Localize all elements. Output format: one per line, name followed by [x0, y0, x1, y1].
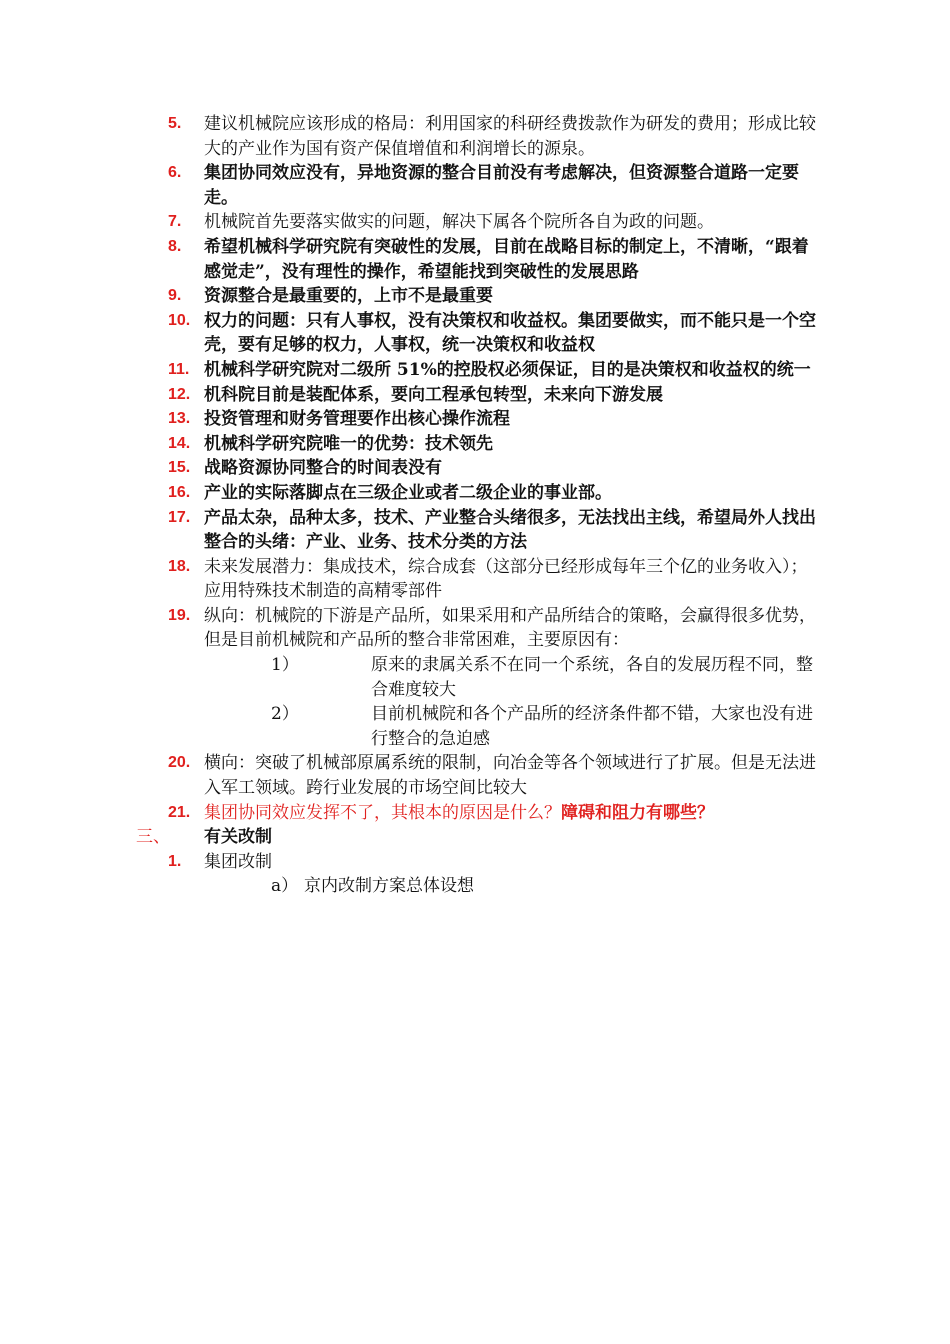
item-text: 资源整合是最重要的，上市不是最重要 — [204, 286, 493, 306]
item-number: 7. — [168, 210, 181, 235]
section-title: 有关改制 — [204, 827, 272, 847]
section3-subitem-a: a） 京内改制方案总体设想 — [0, 874, 950, 899]
list-item-11: 11. 机械科学研究院对二级所 51%的控股权必须保证，目的是决策权和收益权的统… — [0, 358, 816, 383]
reason-number: 1） — [271, 653, 299, 678]
item-number: 13. — [168, 407, 190, 432]
reason-text: 目前机械院和各个产品所的经济条件都不错，大家也没有进行整合的急迫感 — [371, 704, 813, 749]
reason-item-1: 1） 原来的隶属关系不在同一个系统，各自的发展历程不同，整合难度较大 — [0, 653, 816, 702]
item-text: 建议机械院应该形成的格局：利用国家的科研经费拨款作为研发的费用；形成比较大的产业… — [204, 114, 816, 159]
item-number: 19. — [168, 604, 190, 629]
item-text: 横向：突破了机械部原属系统的限制，向冶金等各个领域进行了扩展。但是无法进入军工领… — [204, 753, 816, 798]
item-text: 纵向：机械院的下游是产品所，如果采用和产品所结合的策略，会赢得很多优势，但是目前… — [204, 606, 816, 651]
list-item-17: 17. 产品太杂，品种太多，技术、产业整合头绪很多，无法找出主线，希望局外人找出… — [0, 506, 816, 555]
item-number: 6. — [168, 161, 181, 186]
item-number: 9. — [168, 284, 181, 309]
list-item-15: 15. 战略资源协同整合的时间表没有 — [0, 456, 816, 481]
item-text: 集团改制 — [204, 852, 272, 872]
item-number: 17. — [168, 506, 190, 531]
item-number: 8. — [168, 235, 181, 260]
item-number: 21. — [168, 801, 190, 826]
reason-number: 2） — [271, 702, 299, 727]
document-page: 5. 建议机械院应该形成的格局：利用国家的科研经费拨款作为研发的费用；形成比较大… — [0, 112, 950, 899]
item-text: 希望机械科学研究院有突破性的发展，目前在战略目标的制定上，不清晰，“跟着感觉走”… — [204, 237, 809, 282]
list-item-21: 21. 集团协同效应发挥不了，其根本的原因是什么？障碍和阻力有哪些？ — [0, 801, 816, 826]
item-number: 10. — [168, 309, 190, 334]
list-item-6: 6. 集团协同效应没有，异地资源的整合目前没有考虑解决，但资源整合道路一定要走。 — [0, 161, 816, 210]
list-item-5: 5. 建议机械院应该形成的格局：利用国家的科研经费拨款作为研发的费用；形成比较大… — [0, 112, 816, 161]
item-number: 20. — [168, 751, 190, 776]
item-number: 11. — [168, 358, 189, 383]
item-text: 产品太杂，品种太多，技术、产业整合头绪很多，无法找出主线，希望局外人找出整合的头… — [204, 508, 816, 553]
list-item-16: 16. 产业的实际落脚点在三级企业或者二级企业的事业部。 — [0, 481, 816, 506]
list-item-7: 7. 机械院首先要落实做实的问题，解决下属各个院所各自为政的问题。 — [0, 210, 816, 235]
section3-item-1: 1. 集团改制 — [0, 850, 816, 875]
item-number: 12. — [168, 383, 190, 408]
item-text: 未来发展潜力：集成技术，综合成套（这部分已经形成每年三个亿的业务收入）；应用特殊… — [204, 557, 808, 602]
item-number: 16. — [168, 481, 190, 506]
item-number: 1. — [168, 850, 181, 875]
item-number: 5. — [168, 112, 181, 137]
item-text: 权力的问题：只有人事权，没有决策权和收益权。集团要做实，而不能只是一个空壳，要有… — [204, 311, 816, 356]
item-text-emphasis: 障碍和阻力有哪些？ — [561, 803, 714, 823]
subitem-letter: a） — [271, 874, 298, 899]
list-item-12: 12. 机科院目前是装配体系，要向工程承包转型，未来向下游发展 — [0, 383, 816, 408]
subitem-text: 京内改制方案总体设想 — [304, 876, 474, 896]
item-text: 机械科学研究院对二级所 51%的控股权必须保证，目的是决策权和收益权的统一 — [204, 360, 811, 380]
reason-item-2: 2） 目前机械院和各个产品所的经济条件都不错，大家也没有进行整合的急迫感 — [0, 702, 816, 751]
item-text: 集团协同效应没有，异地资源的整合目前没有考虑解决，但资源整合道路一定要走。 — [204, 163, 799, 208]
item-text: 机科院目前是装配体系，要向工程承包转型，未来向下游发展 — [204, 385, 663, 405]
item-text: 投资管理和财务管理要作出核心操作流程 — [204, 409, 510, 429]
item-text: 机械院首先要落实做实的问题，解决下属各个院所各自为政的问题。 — [204, 212, 714, 232]
list-item-9: 9. 资源整合是最重要的，上市不是最重要 — [0, 284, 816, 309]
list-item-20: 20. 横向：突破了机械部原属系统的限制，向冶金等各个领域进行了扩展。但是无法进… — [0, 751, 816, 800]
section-heading-3: 三、 有关改制 — [0, 825, 950, 850]
list-item-18: 18. 未来发展潜力：集成技术，综合成套（这部分已经形成每年三个亿的业务收入）；… — [0, 555, 816, 604]
item-text: 战略资源协同整合的时间表没有 — [204, 458, 442, 478]
item-text: 机械科学研究院唯一的优势：技术领先 — [204, 434, 493, 454]
section-number: 三、 — [136, 825, 170, 850]
item-text: 产业的实际落脚点在三级企业或者二级企业的事业部。 — [204, 483, 612, 503]
reason-text: 原来的隶属关系不在同一个系统，各自的发展历程不同，整合难度较大 — [371, 655, 813, 700]
item-text-question: 集团协同效应发挥不了，其根本的原因是什么？ — [204, 803, 561, 823]
list-item-14: 14. 机械科学研究院唯一的优势：技术领先 — [0, 432, 816, 457]
list-item-10: 10. 权力的问题：只有人事权，没有决策权和收益权。集团要做实，而不能只是一个空… — [0, 309, 816, 358]
item-number: 18. — [168, 555, 190, 580]
item-number: 15. — [168, 456, 190, 481]
list-item-8: 8. 希望机械科学研究院有突破性的发展，目前在战略目标的制定上，不清晰，“跟着感… — [0, 235, 816, 284]
list-item-13: 13. 投资管理和财务管理要作出核心操作流程 — [0, 407, 816, 432]
list-item-19: 19. 纵向：机械院的下游是产品所，如果采用和产品所结合的策略，会赢得很多优势，… — [0, 604, 816, 653]
item-number: 14. — [168, 432, 190, 457]
